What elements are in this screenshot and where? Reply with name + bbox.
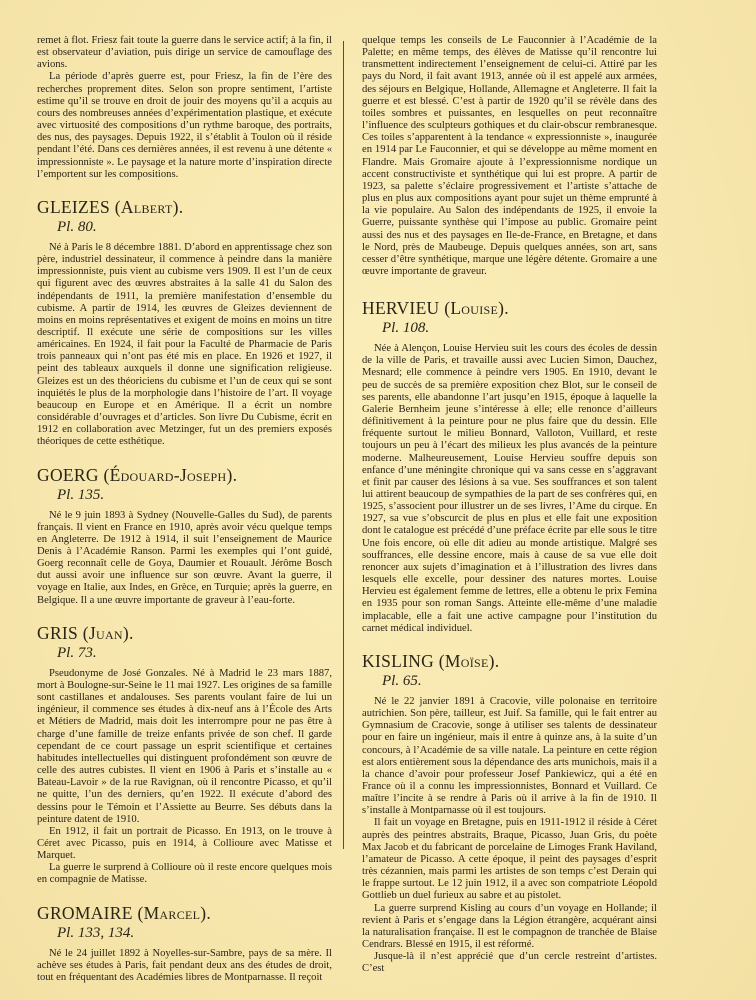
artist-name: GROMAIRE (Marcel). — [37, 903, 332, 923]
biography-paragraph: En 1912, il fait un portrait de Picasso.… — [37, 826, 332, 862]
artist-given-name: (Moïse). — [439, 651, 500, 671]
artist-surname: HERVIEU — [362, 298, 440, 318]
biography-paragraph: Né le 22 janvier 1891 à Cracovie, ville … — [362, 696, 657, 818]
left-column: remet à flot. Friesz fait toute la guerr… — [37, 35, 332, 984]
artist-surname: GOERG — [37, 465, 99, 485]
artist-given-name: (Juan). — [83, 623, 134, 643]
book-page: remet à flot. Friesz fait toute la guerr… — [0, 0, 756, 1000]
right-column: quelque temps les conseils de Le Fauconn… — [362, 35, 657, 975]
biography-paragraph: Pseudonyme de José Gonzales. Né à Madrid… — [37, 668, 332, 826]
column-divider — [343, 41, 344, 849]
artist-surname: GRIS — [37, 623, 78, 643]
biography-paragraph: Né le 24 juillet 1892 à Noyelles-sur-Sam… — [37, 948, 332, 984]
entry-gromaire: GROMAIRE (Marcel). Pl. 133, 134. Né le 2… — [37, 903, 332, 984]
continuation-paragraph: remet à flot. Friesz fait toute la guerr… — [37, 35, 332, 71]
artist-name: KISLING (Moïse). — [362, 651, 657, 671]
biography-paragraph: La guerre le surprend à Collioure où il … — [37, 862, 332, 886]
biography-paragraph: Née à Alençon, Louise Hervieu suit les c… — [362, 343, 657, 635]
artist-given-name: (Albert). — [115, 197, 184, 217]
artist-given-name: (Marcel). — [137, 903, 211, 923]
entry-hervieu: HERVIEU (Louise). Pl. 108. Née à Alençon… — [362, 298, 657, 635]
continuation-paragraph: La période d’après guerre est, pour Frie… — [37, 71, 332, 180]
artist-given-name: (Édouard-Joseph). — [103, 465, 237, 485]
artist-name: GOERG (Édouard-Joseph). — [37, 465, 332, 485]
biography-paragraph: Né le 9 juin 1893 à Sydney (Nouvelle-Gal… — [37, 510, 332, 607]
artist-surname: KISLING — [362, 651, 434, 671]
plate-reference: Pl. 133, 134. — [57, 924, 332, 942]
biography-paragraph: Jusque-là il n’est apprécié que d’un cer… — [362, 951, 657, 975]
continuation-paragraph: quelque temps les conseils de Le Fauconn… — [362, 35, 657, 278]
artist-name: GRIS (Juan). — [37, 623, 332, 643]
plate-reference: Pl. 65. — [382, 672, 657, 690]
artist-given-name: (Louise). — [444, 298, 509, 318]
biography-paragraph: Il fait un voyage en Bretagne, puis en 1… — [362, 817, 657, 902]
entry-gleizes: GLEIZES (Albert). Pl. 80. Né à Paris le … — [37, 197, 332, 449]
artist-surname: GROMAIRE — [37, 903, 133, 923]
entry-gris: GRIS (Juan). Pl. 73. Pseudonyme de José … — [37, 623, 332, 887]
plate-reference: Pl. 80. — [57, 218, 332, 236]
artist-name: GLEIZES (Albert). — [37, 197, 332, 217]
entry-goerg: GOERG (Édouard-Joseph). Pl. 135. Né le 9… — [37, 465, 332, 607]
biography-paragraph: La guerre surprend Kisling au cours d’un… — [362, 903, 657, 952]
artist-name: HERVIEU (Louise). — [362, 298, 657, 318]
artist-surname: GLEIZES — [37, 197, 110, 217]
entry-kisling: KISLING (Moïse). Pl. 65. Né le 22 janvie… — [362, 651, 657, 976]
biography-paragraph: Né à Paris le 8 décembre 1881. D’abord e… — [37, 242, 332, 449]
plate-reference: Pl. 108. — [382, 319, 657, 337]
plate-reference: Pl. 73. — [57, 644, 332, 662]
plate-reference: Pl. 135. — [57, 486, 332, 504]
